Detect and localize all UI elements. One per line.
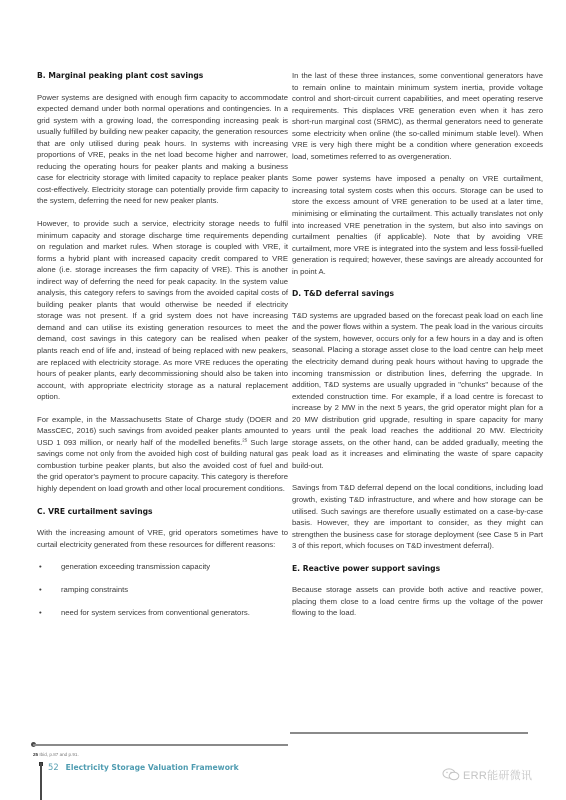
bullet-icon: • — [39, 584, 42, 596]
document-page: B. Marginal peaking plant cost savings P… — [0, 0, 566, 800]
column-end-divider — [290, 732, 528, 734]
paragraph: Because storage assets can provide both … — [292, 584, 543, 619]
wechat-icon — [442, 768, 460, 781]
section-heading-b: B. Marginal peaking plant cost savings — [37, 70, 288, 82]
paragraph: In the last of these three instances, so… — [292, 70, 543, 162]
document-title: Electricity Storage Valuation Framework — [66, 763, 239, 772]
section-heading-d: D. T&D deferral savings — [292, 288, 543, 300]
left-column: B. Marginal peaking plant cost savings P… — [37, 70, 288, 630]
paragraph: With the increasing amount of VRE, grid … — [37, 527, 288, 550]
bullet-icon: • — [39, 561, 42, 573]
paragraph: Some power systems have imposed a penalt… — [292, 173, 543, 277]
footnote-divider — [33, 744, 288, 746]
list-item-text: ramping constraints — [61, 585, 128, 594]
paragraph: T&D systems are upgraded based on the fo… — [292, 310, 543, 472]
paragraph: Power systems are designed with enough f… — [37, 92, 288, 207]
page-footer: 52Electricity Storage Valuation Framewor… — [48, 762, 239, 773]
paragraph-with-footnote: For example, in the Massachusetts State … — [37, 414, 288, 495]
section-heading-e: E. Reactive power support savings — [292, 563, 543, 575]
page-number: 52 — [48, 762, 59, 772]
paragraph: Savings from T&D deferral depend on the … — [292, 482, 543, 551]
list-item: •generation exceeding transmission capac… — [37, 561, 288, 573]
list-item: •ramping constraints — [37, 584, 288, 596]
bullet-icon: • — [39, 607, 42, 619]
list-item-text: generation exceeding transmission capaci… — [61, 562, 210, 571]
footnote-text: Ibid, p.87 and p.91. — [38, 752, 79, 757]
list-item-text: need for system services from convention… — [61, 608, 250, 617]
list-item: •need for system services from conventio… — [37, 607, 288, 619]
footnote: 25 Ibid, p.87 and p.91. — [33, 752, 79, 758]
bullet-list: •generation exceeding transmission capac… — [37, 561, 288, 619]
right-column: In the last of these three instances, so… — [292, 70, 543, 630]
paragraph: However, to provide such a service, elec… — [37, 218, 288, 403]
watermark: ERR能研微讯 — [442, 767, 532, 783]
section-heading-c: C. VRE curtailment savings — [37, 506, 288, 518]
footer-bar — [40, 763, 42, 800]
watermark-text: ERR能研微讯 — [463, 770, 532, 782]
